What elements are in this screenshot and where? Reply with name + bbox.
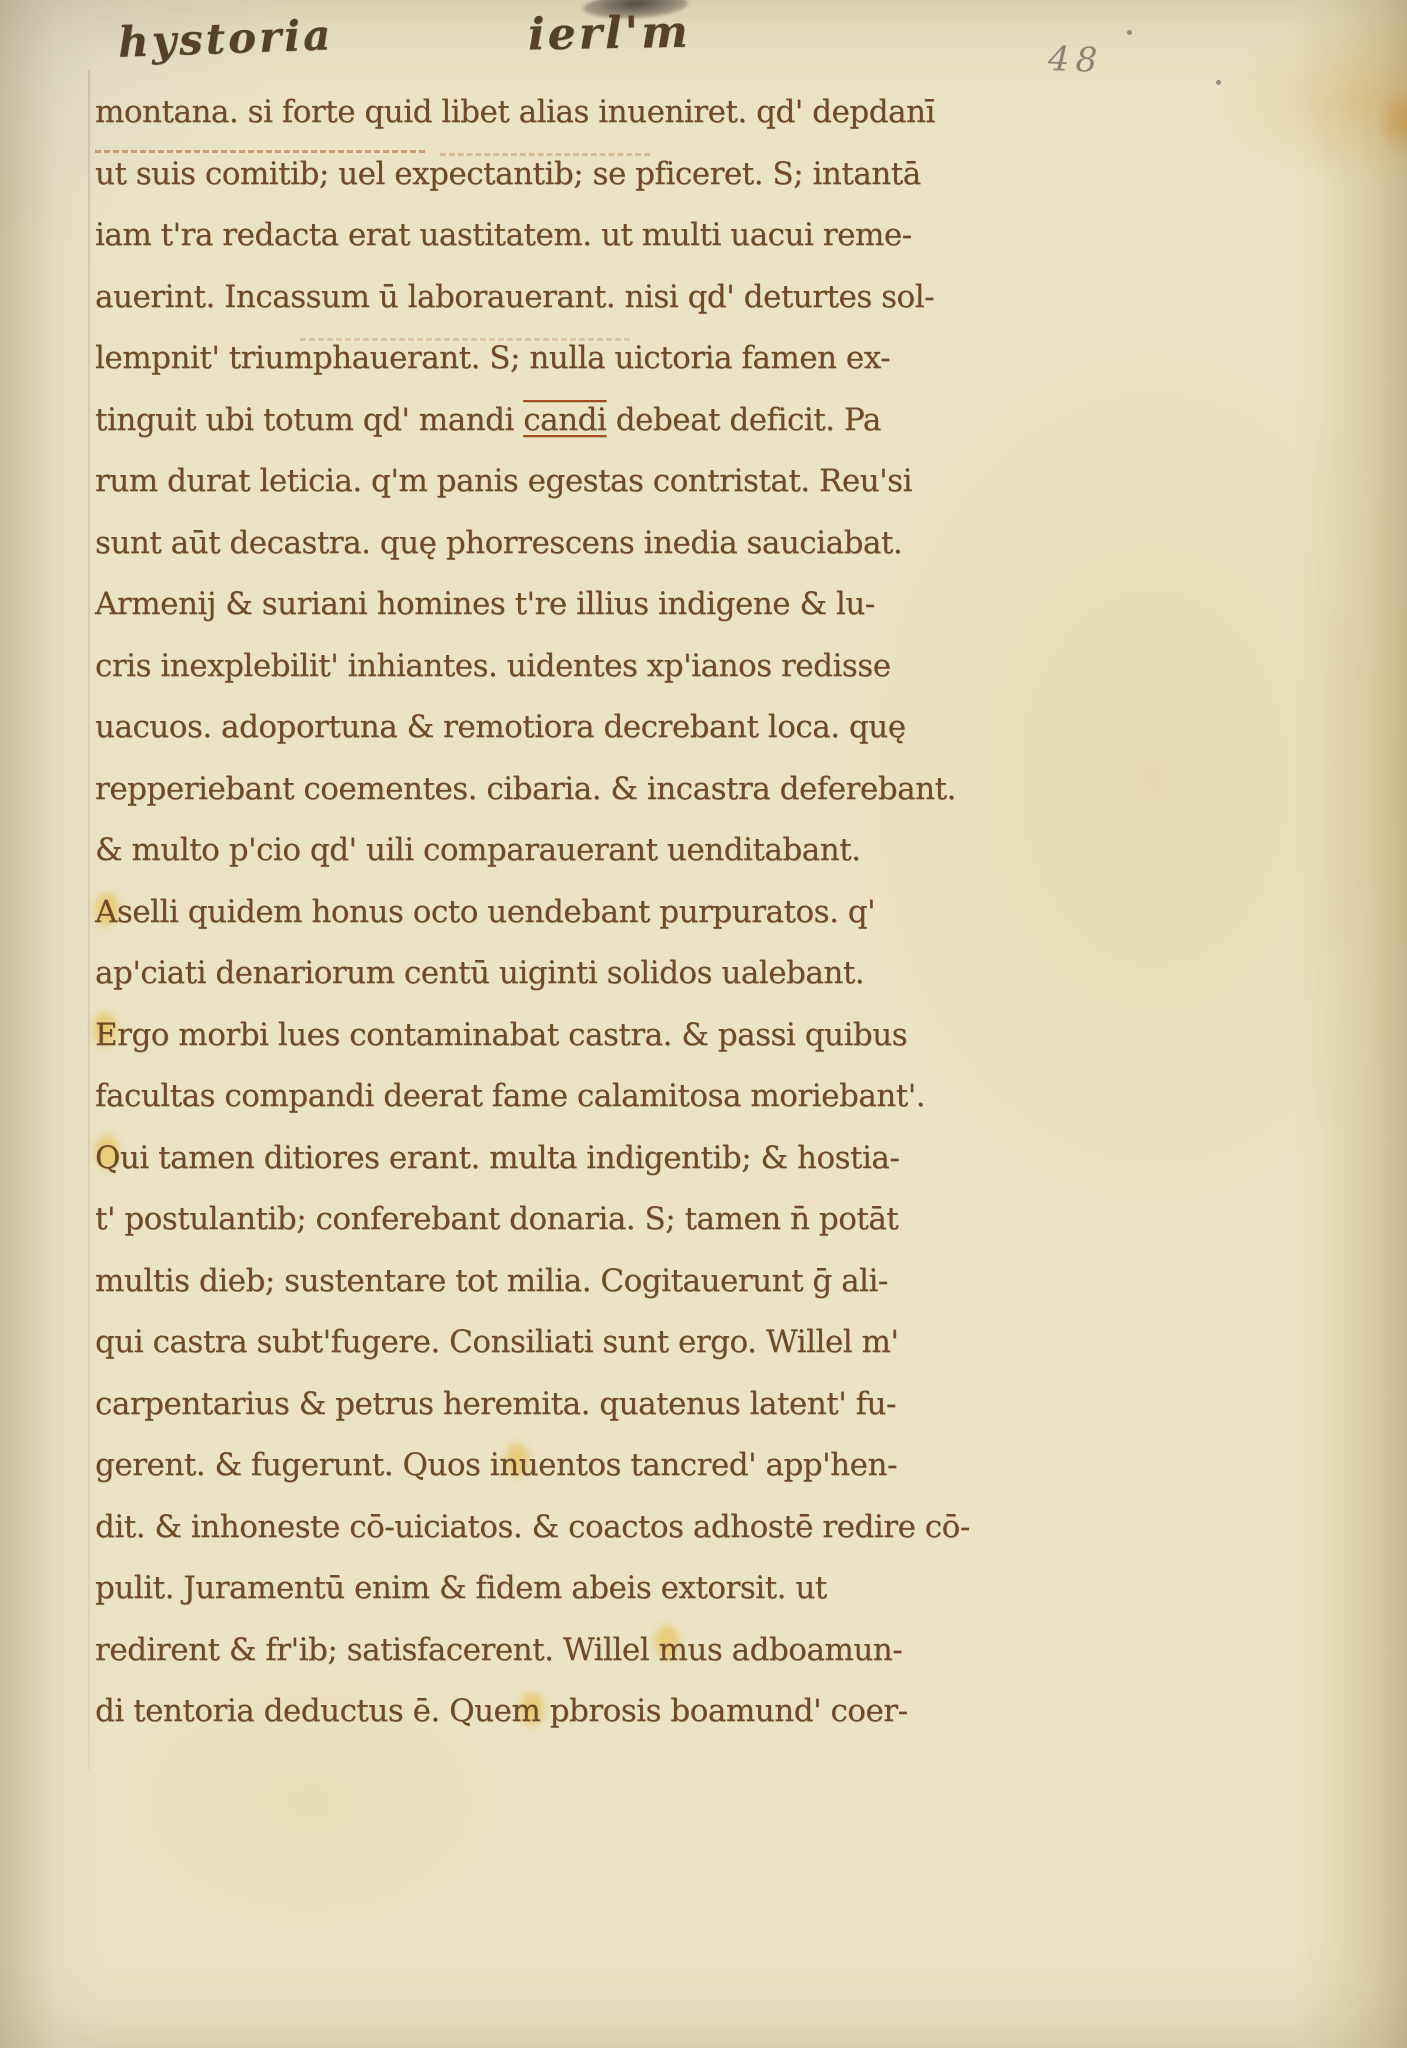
manuscript-line: Qui tamen ditiores erant. multa indigent… <box>95 1128 1355 1190</box>
manuscript-line: ap'ciati denariorum centū uiginti solido… <box>95 943 1355 1005</box>
manuscript-line: repperiebant coementes. cibaria. & incas… <box>95 759 1355 821</box>
manuscript-line: t' postulantib; conferebant donaria. S; … <box>95 1189 1355 1251</box>
manuscript-line: auerint. Incassum ū laborauerant. nisi q… <box>95 267 1355 329</box>
manuscript-line: uacuos. adoportuna & remotiora decrebant… <box>95 697 1355 759</box>
manuscript-page: hystoria ierl'm 48 montana. si forte qui… <box>0 0 1407 2048</box>
margin-ruling-line <box>88 70 90 1770</box>
manuscript-line: multis dieb; sustentare tot milia. Cogit… <box>95 1251 1355 1313</box>
manuscript-line: facultas compandi deerat fame calamitosa… <box>95 1066 1355 1128</box>
running-title-right: ierl'm <box>528 7 692 61</box>
manuscript-line: Ergo morbi lues contaminabat castra. & p… <box>95 1005 1355 1067</box>
running-title-left: hystoria <box>117 10 334 66</box>
pencil-speck <box>1127 30 1132 35</box>
manuscript-line: rum durat leticia. q'm panis egestas con… <box>95 451 1355 513</box>
text-block: montana. si forte quid libet alias inuen… <box>95 82 1355 1743</box>
manuscript-line: gerent. & fugerunt. Quos inuentos tancre… <box>95 1435 1355 1497</box>
manuscript-line: dit. & inhoneste cō-uiciatos. & coactos … <box>95 1497 1355 1559</box>
parchment-stain <box>1377 86 1407 156</box>
manuscript-line: sunt aūt decastra. quę phorrescens inedi… <box>95 513 1355 575</box>
manuscript-line: pulit. Juramentū enim & fidem abeis exto… <box>95 1558 1355 1620</box>
manuscript-line: qui castra subt'fugere. Consiliati sunt … <box>95 1312 1355 1374</box>
line-text: debeat deficit. Pa <box>606 402 881 438</box>
manuscript-line: carpentarius & petrus heremita. quatenus… <box>95 1374 1355 1436</box>
manuscript-line: di tentoria deductus ē. Quem pbrosis boa… <box>95 1681 1355 1743</box>
manuscript-line-with-correction: tinguit ubi totum qd' mandi candi debeat… <box>95 390 1355 452</box>
manuscript-line: & multo p'cio qd' uili comparauerant uen… <box>95 820 1355 882</box>
manuscript-line: iam t'ra redacta erat uastitatem. ut mul… <box>95 205 1355 267</box>
manuscript-line: montana. si forte quid libet alias inuen… <box>95 82 1355 144</box>
manuscript-line: ut suis comitib; uel expectantib; se pfi… <box>95 144 1355 206</box>
expunged-word: candi <box>523 402 606 438</box>
line-text: tinguit ubi totum qd' mandi <box>95 402 523 438</box>
manuscript-line: lempnit' triumphauerant. S; nulla uictor… <box>95 328 1355 390</box>
folio-number: 48 <box>1047 39 1104 81</box>
manuscript-line: cris inexplebilit' inhiantes. uidentes x… <box>95 636 1355 698</box>
manuscript-line: Armenij & suriani homines t're illius in… <box>95 574 1355 636</box>
manuscript-line: redirent & fr'ib; satisfacerent. Willel … <box>95 1620 1355 1682</box>
manuscript-line: Aselli quidem honus octo uendebant purpu… <box>95 882 1355 944</box>
